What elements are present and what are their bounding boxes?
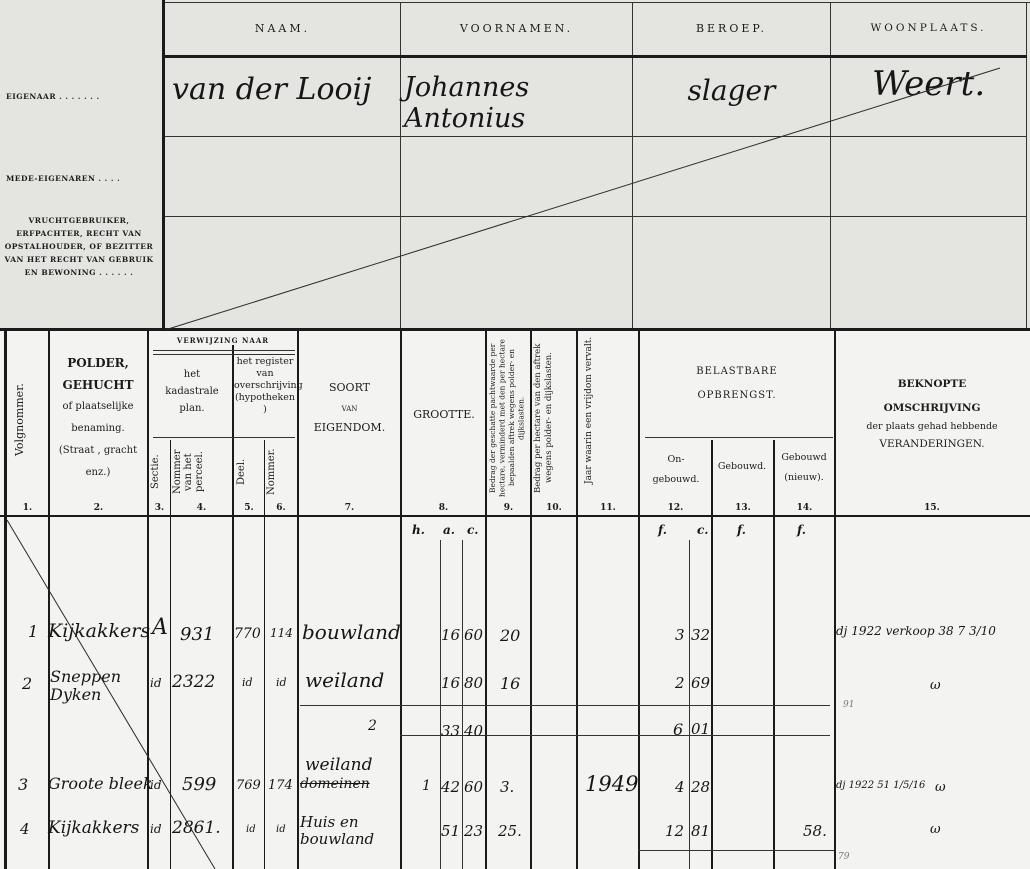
row4-gebouwd-nieuw: 58. [803,822,827,840]
row2-grootte-a: 16 [441,674,460,692]
header-beknopte: BEKNOPTE OMSCHRIJVING der plaats gehad h… [836,372,1028,454]
colnum-5: 5. [234,503,264,513]
belastbare-sub-rule [645,437,833,438]
row4-veranderingen: ω [930,822,941,837]
owner-col-divider [400,3,401,328]
row1-polder: Kijkakkers [48,620,150,642]
row1-soort: bouwland [302,620,401,644]
row1-sectie: A [152,615,168,640]
owner-header-rule [165,55,1027,58]
row3-veranderingen-mark: ω [935,780,946,795]
unit-a: a. [443,523,455,537]
row3-veranderingen: dj 1922 51 1/5/16 [836,780,925,791]
label-eigenaar: EIGENAAR . . . . . . . [6,90,156,103]
header-beknopte-line2: OMSCHRIJVING [836,396,1028,420]
row3-polder: Groote bleek [48,774,153,793]
margin-note: 79 [838,852,849,862]
row2-nr: 2 [22,674,32,693]
row1-grootte-a: 16 [441,626,460,644]
header-col9: Bedrag der geschatte pachtwaarde per hec… [488,333,530,503]
header-ongebouwd: On- gebouwd. [645,450,707,490]
row4-ongebouwd-f: 12 [665,822,684,840]
row3-deel: 769 [236,778,261,793]
row3-soort-struck: domeinen [300,776,370,792]
row2-ongebouwd-c: 69 [691,674,710,692]
subtotal-ongebouwd-f: 6 [673,720,683,739]
header-kadastrale-plan: het kadastrale plan. [160,366,224,417]
row4-nr: 4 [20,820,30,838]
row2-polder: Sneppen Dyken [50,668,145,704]
header-belastbare-line1: BELASTBARE [640,360,834,384]
label-mede-eigenaren: MEDE-EIGENAREN . . . . [6,172,156,185]
subtotal-grootte-a: 33 [441,722,460,740]
row4-grootte-a: 51 [441,822,460,840]
verwijzing-rule [153,350,295,351]
row4-soort: Huis en bouwland [300,814,398,848]
header-gebouwd-nieuw: Gebouwd (nieuw). [775,448,833,488]
row2-sectie: id [150,676,162,690]
owner-naam: van der Looij [172,72,397,107]
header-polder-sub2: benaming. [50,418,146,440]
colnum-14: 14. [775,503,834,513]
unit-c: c. [467,523,478,537]
colnum-13: 13. [713,503,773,513]
colnum-12: 12. [640,503,711,513]
col-line [232,345,234,869]
header-polder-title2: GEHUCHT [50,374,146,396]
colnum-1: 1. [7,503,48,513]
header-polder-title1: POLDER, [50,352,146,374]
row3-grootte-a: 42 [441,778,460,796]
col-line [576,330,578,869]
header-nommer-perceel: Nommer van het perceel. [172,442,230,502]
row4-grootte-c: 23 [464,822,483,840]
header-naam: NAAM. [165,22,400,35]
header-verwijzing: VERWIJZING NAAR [150,336,296,345]
row1-veranderingen: dj 1922 verkoop 38 7 3/10 [836,624,1030,638]
header-beroep: BEROEP. [633,22,830,35]
row3-sectie: id [150,778,162,792]
header-soort-line1: SOORT [300,372,399,404]
row4-pacht: 25. [498,822,522,840]
header-col10: Bedrag per hectare van den aftrek wegens… [533,333,575,503]
verwijzing-rule [153,354,295,355]
row4-deel: id [246,824,256,835]
row3-ongebouwd-c: 28 [691,778,710,796]
colnum-6: 6. [265,503,297,513]
owner-row-rule [165,136,1027,137]
colnum-9: 9. [487,503,530,513]
row2-soort: weiland [305,668,384,692]
header-grootte: GROOTTE. [402,408,486,422]
row3-jaar: 1949 [585,772,638,796]
colnum-3: 3. [149,503,170,513]
header-deel: Deel. [236,442,262,502]
header-polder-sub4: enz.) [50,462,146,484]
row1-grootte-c: 60 [464,626,483,644]
row2-pacht: 16 [500,674,520,693]
row3-grootte-c: 60 [464,778,483,796]
header-polder-title: POLDER, GEHUCHT of plaatselijke benaming… [50,352,146,484]
header-volgnummer: Volgnommer. [14,345,42,495]
subtotal-rule [300,705,830,706]
row1-deel: 770 [234,626,261,642]
colnum-8: 8. [402,503,485,513]
row2-grootte-c: 80 [464,674,483,692]
unit-f13: f. [737,523,746,537]
row3-perceel: 599 [182,774,216,795]
owner-voornamen: Johannes Antonius [404,72,632,134]
owner-col-divider [830,3,831,328]
row1-nommer: 114 [270,626,293,640]
owner-col-divider [1026,3,1027,328]
table-left-border [4,330,7,869]
owner-section-background [0,0,1030,330]
row1-nr: 1 [28,622,38,641]
header-sectie: Sectie. [150,442,170,502]
header-register: het register van overschrijving (hypothe… [234,356,296,416]
row1-ongebouwd-f: 3 [675,626,685,644]
row2-veranderingen: ω [930,678,941,693]
colnum-7: 7. [299,503,400,513]
table-header-bottom [0,515,1030,517]
owner-row-rule [165,216,1027,217]
unit-f14: f. [797,523,806,537]
colnum-15: 15. [836,503,1028,513]
subtotal-ongebouwd-c: 01 [691,720,710,738]
colnum-10: 10. [532,503,576,513]
colnum-2: 2. [50,503,147,513]
row3-pacht: 3. [500,778,514,796]
row-rule [638,850,834,851]
subtotal-count: 2 [368,718,377,734]
header-belastbare: BELASTBARE OPBRENGST. [640,360,834,408]
row2-ongebouwd-f: 2 [675,674,685,692]
row2-deel: id [242,676,253,689]
header-belastbare-line2: OPBRENGST. [640,384,834,408]
colnum-4: 4. [171,503,232,513]
unit-c12: c. [697,523,708,537]
row1-perceel: 931 [180,624,214,645]
header-nommer: Nommer. [266,442,296,502]
row4-polder: Kijkakkers [48,818,139,838]
row4-ongebouwd-c: 81 [691,822,710,840]
header-polder-sub3: (Straat , gracht [50,440,146,462]
header-woonplaats: WOONPLAATS. [831,22,1026,34]
col-line [530,330,532,869]
row4-sectie: id [150,822,162,836]
unit-f12: f. [658,523,667,537]
kadaster-sub-rule [153,437,295,438]
header-voornamen: VOORNAMEN. [401,22,632,35]
header-soort: SOORT VAN EIGENDOM. [300,372,399,442]
label-vruchtgebruiker: VRUCHTGEBRUIKER, ERFPACHTER, RECHT VAN O… [4,214,154,279]
row2-nommer: id [276,676,287,689]
header-soort-line2: VAN [300,404,399,414]
unit-h: h. [412,523,425,537]
row3-grootte-h: 1 [422,778,431,794]
header-gebouwd: Gebouwd. [712,460,772,474]
owner-beroep: slager [633,74,830,107]
row3-nr: 3 [18,775,28,794]
header-soort-line3: EIGENDOM. [300,414,399,442]
owner-left-border [162,0,165,330]
row1-ongebouwd-c: 32 [691,626,710,644]
row1-pacht: 20 [500,626,520,645]
row4-nommer: id [276,824,286,835]
header-beknopte-line1: BEKNOPTE [836,372,1028,396]
table-top-border [0,328,1030,331]
header-polder-sub1: of plaatselijke [50,396,146,418]
header-beknopte-line4: VERANDERINGEN. [836,434,1028,454]
row4-perceel: 2861. [172,818,221,838]
header-beknopte-line3: der plaats gehad hebbende [836,420,1028,434]
subtotal-grootte-c: 40 [464,722,483,740]
colnum-11: 11. [578,503,638,513]
header-col11: Jaar waarin een vrijdom vervalt. [582,335,632,485]
owner-woonplaats: Weert. [872,64,1002,104]
margin-note: 91 [843,700,854,710]
row3-ongebouwd-f: 4 [675,778,685,796]
owner-top-border [165,2,1030,3]
row3-nommer: 174 [268,778,293,793]
row2-perceel: 2322 [172,672,215,692]
owner-col-divider [632,3,633,328]
col-line [297,330,299,869]
row3-soort: weiland [305,755,372,775]
